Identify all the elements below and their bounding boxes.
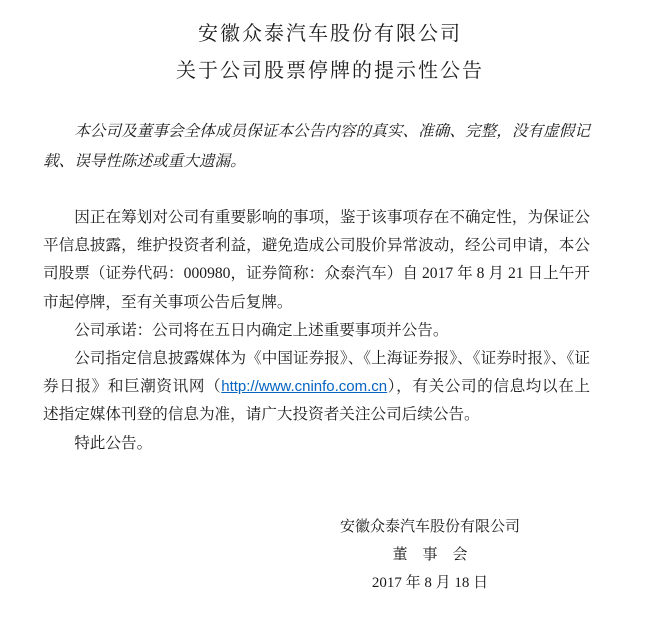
signature-company: 安徽众泰汽车股份有限公司 [300, 513, 560, 541]
company-title: 安徽众泰汽车股份有限公司 [0, 22, 660, 46]
announcement-body: 因正在筹划对公司有重要影响的事项，鉴于该事项存在不确定性，为保证公平信息披露，维… [43, 204, 590, 458]
commitment-paragraph: 公司承诺：公司将在五日内确定上述重要事项并公告。 [43, 317, 590, 345]
suspension-paragraph: 因正在筹划对公司有重要影响的事项，鉴于该事项存在不确定性，为保证公平信息披露，维… [43, 204, 590, 317]
declaration-paragraph: 本公司及董事会全体成员保证本公告内容的真实、准确、完整，没有虚假记载、误导性陈述… [43, 117, 590, 177]
cninfo-link[interactable]: http://www.cninfo.com.cn [221, 378, 387, 395]
media-paragraph: 公司指定信息披露媒体为《中国证券报》、《上海证券报》、《证券时报》、《证券日报》… [43, 345, 590, 430]
announcement-title: 关于公司股票停牌的提示性公告 [0, 59, 660, 83]
signature-block: 安徽众泰汽车股份有限公司 董 事 会 2017 年 8 月 18 日 [300, 513, 560, 598]
announcement-document: 安徽众泰汽车股份有限公司 关于公司股票停牌的提示性公告 本公司及董事会全体成员保… [0, 0, 660, 626]
closing-paragraph: 特此公告。 [43, 430, 590, 458]
signature-board: 董 事 会 [300, 541, 560, 569]
signature-date: 2017 年 8 月 18 日 [300, 569, 560, 597]
